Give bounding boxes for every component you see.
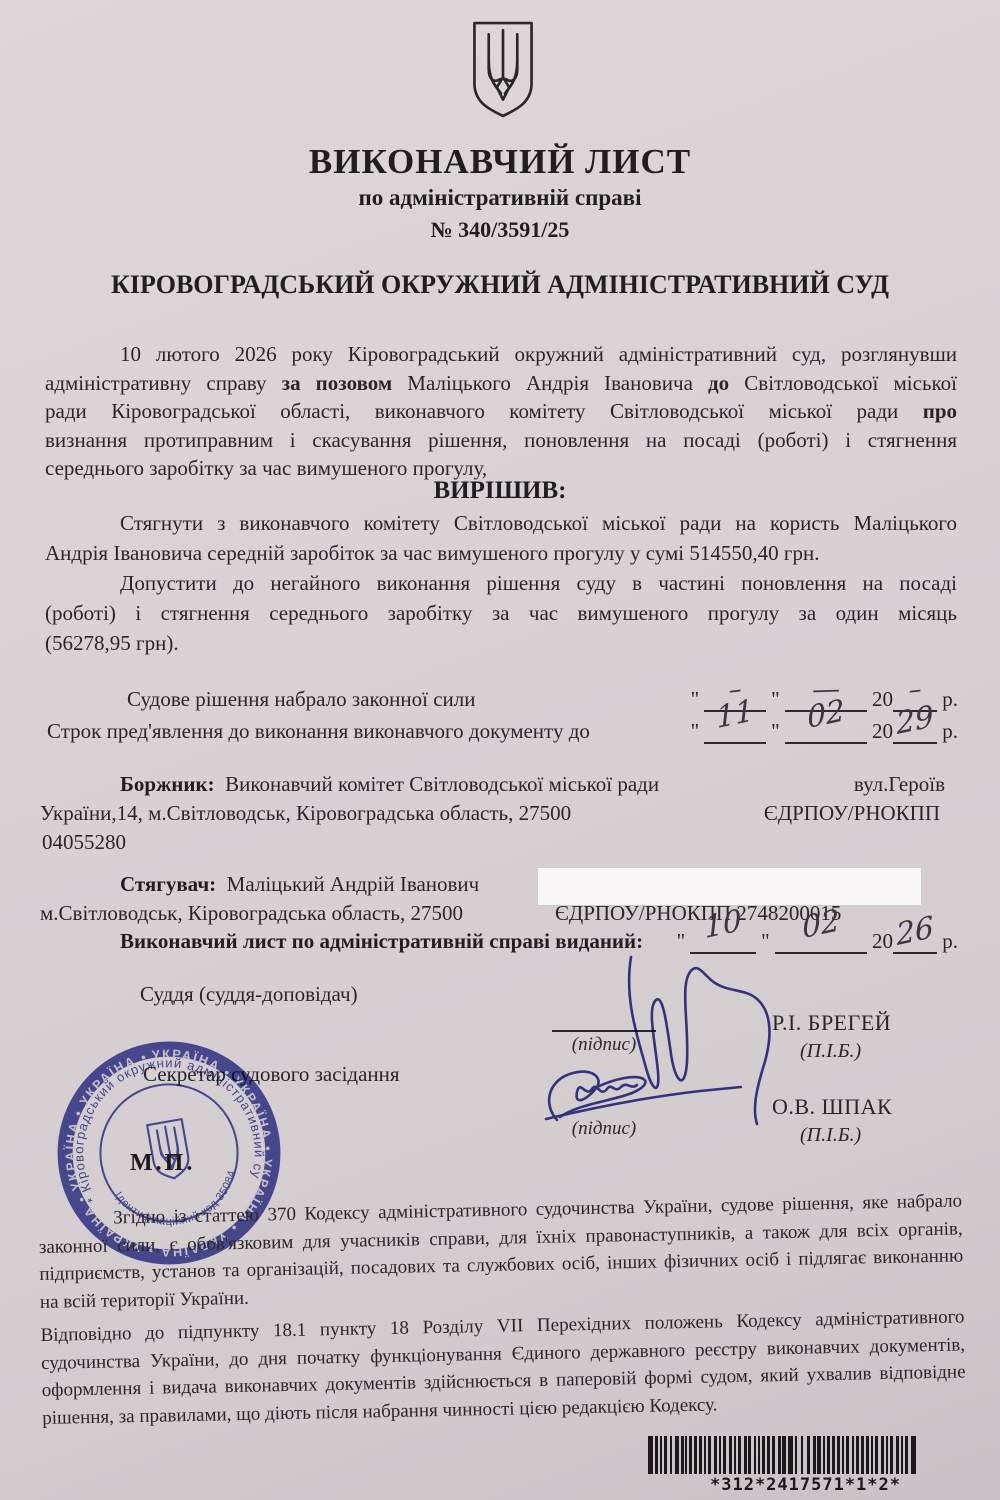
date-blanks: "10"02 2026 р.: [672, 929, 958, 954]
legal-force-label: Судове рішення набрало законної сили: [127, 687, 476, 711]
signature-caption: (підпис): [552, 1034, 656, 1056]
year-suffix: р.: [942, 687, 958, 711]
quote-mark: ": [672, 929, 691, 953]
date-blanks: "11"02 2029 р.: [686, 719, 958, 744]
year-blank: 29: [893, 719, 937, 744]
day-blank: 10: [690, 929, 756, 954]
case-number: № 340/3591/25: [0, 217, 1000, 243]
name-caption: (П.І.Б.): [800, 1040, 861, 1063]
secretary-signature-loop: [560, 1077, 645, 1117]
legal-notes: Згідно із статтею 370 Кодексу адміністра…: [38, 1187, 966, 1431]
paragraph-line: (56278,95 грн).: [45, 628, 957, 658]
claimant-label: Стягувач:: [120, 872, 216, 896]
debtor-label: Боржник:: [120, 772, 215, 796]
quote-mark: ": [766, 719, 785, 743]
month-blank: 02: [775, 929, 867, 954]
barcode-bars: [648, 1436, 963, 1474]
debtor-organization: Виконавчий комітет Світловодської місько…: [225, 772, 659, 796]
signature-caption: (підпис): [552, 1118, 656, 1140]
document-title: ВИКОНАВЧИЙ ЛИСТ: [0, 142, 1000, 182]
issued-date-row: Виконавчий лист по адміністративній спра…: [45, 929, 958, 954]
secretary-signature-stroke: [549, 1072, 637, 1120]
name-caption: (П.І.Б.): [800, 1124, 861, 1147]
handwritten-month: 02: [806, 693, 846, 736]
handwritten-day: 10: [703, 903, 743, 946]
debtor-line-2: України,14, м.Світловодськ, Кіровоградсь…: [40, 801, 940, 826]
judge-name: Р.І. БРЕГЕЙ: [772, 1010, 891, 1036]
year-prefix: 20: [872, 687, 893, 711]
debtor-address-start: вул.Героїв: [854, 772, 945, 797]
enforcement-deadline-label: Строк пред'явлення до виконання виконавч…: [47, 719, 590, 743]
ukraine-trident-emblem-icon: [461, 18, 545, 120]
debtor-line-1: Боржник: Виконавчий комітет Світловодськ…: [45, 772, 945, 797]
quote-mark: ": [686, 719, 705, 743]
secretary-name: О.В. ШПАК: [772, 1094, 892, 1120]
handwritten-year: 26: [895, 910, 935, 953]
resolution-paragraph: Стягнути з виконавчого комітету Світлово…: [45, 508, 957, 658]
debtor-edrpou-label: ЄДРПОУ/РНОКПП: [764, 801, 940, 826]
debtor-text: Боржник: Виконавчий комітет Світловодськ…: [45, 772, 659, 797]
judge-label: Суддя (суддя-доповідач): [140, 982, 358, 1007]
document-subtitle: по адміністративній справі: [0, 185, 1000, 211]
quote-mark: ": [686, 687, 705, 711]
paragraph-line: визнання протиправним і скасування рішен…: [45, 426, 957, 455]
debtor-address: України,14, м.Світловодськ, Кіровоградсь…: [40, 801, 571, 826]
claimant-line-1: Стягувач: Маліцький Андрій Іванович: [45, 872, 479, 897]
seal-place-mark: М.П.: [130, 1150, 195, 1177]
scanned-court-document: ВИКОНАВЧИЙ ЛИСТ по адміністративній спра…: [0, 0, 1000, 1500]
redaction-box: [538, 868, 921, 905]
year-suffix: р.: [942, 719, 958, 743]
legal-note-paragraph: Згідно із статтею 370 Кодексу адміністра…: [38, 1187, 964, 1316]
handwritten-month: 02: [801, 903, 841, 946]
paragraph-line: адміністративну справу за позовом Маліць…: [45, 369, 957, 398]
claimant-text: Стягувач: Маліцький Андрій Іванович: [45, 872, 479, 896]
resolution-heading: ВИРІШИВ:: [0, 477, 1000, 505]
year-blank: 26: [893, 929, 937, 954]
claimant-name: Маліцький Андрій Іванович: [227, 872, 480, 896]
year-suffix: р.: [942, 929, 958, 953]
court-name: КІРОВОГРАДСЬКИЙ ОКРУЖНИЙ АДМІНІСТРАТИВНИ…: [0, 270, 1000, 300]
paragraph-line: (роботі) і стягнення середнього заробітк…: [45, 598, 957, 628]
day-blank: 11: [704, 719, 766, 744]
barcode: *312*2417571*1*2*: [648, 1436, 963, 1495]
quote-mark: ": [766, 687, 785, 711]
quote-mark: ": [756, 929, 775, 953]
enforcement-deadline-row: Строк пред'явлення до виконання виконавч…: [47, 719, 958, 749]
barcode-caption: *312*2417571*1*2*: [648, 1475, 963, 1495]
year-prefix: 20: [872, 719, 893, 743]
legal-note-paragraph: Відповідно до підпункту 18.1 пункту 18 Р…: [40, 1303, 966, 1432]
judge-signature-line: [552, 1008, 656, 1032]
month-blank: 02: [785, 719, 867, 744]
paragraph-line: Андрія Івановича середній заробіток за ч…: [45, 538, 957, 568]
claimant-address: м.Світловодськ, Кіровоградська область, …: [40, 901, 463, 926]
handwritten-year: 29: [895, 699, 935, 742]
handwritten-day: 11: [715, 693, 755, 736]
issued-label: Виконавчий лист по адміністративній спра…: [45, 929, 643, 954]
paragraph-line: ради Кіровоградської області, виконавчог…: [45, 397, 957, 426]
intro-paragraph: 10 лютого 2026 року Кіровоградський окру…: [45, 340, 957, 483]
claimant-rnokpp: ЄДРПОУ/РНОКПП 2748200015: [555, 901, 841, 926]
debtor-edrpou-code: 04055280: [42, 830, 126, 855]
paragraph-line: Допустити до негайного виконання рішення…: [45, 568, 957, 598]
paragraph-line: 10 лютого 2026 року Кіровоградський окру…: [45, 340, 957, 369]
secretary-signature-strike: [546, 1087, 741, 1119]
paragraph-line: Стягнути з виконавчого комітету Світлово…: [45, 508, 957, 538]
year-prefix: 20: [872, 929, 893, 953]
